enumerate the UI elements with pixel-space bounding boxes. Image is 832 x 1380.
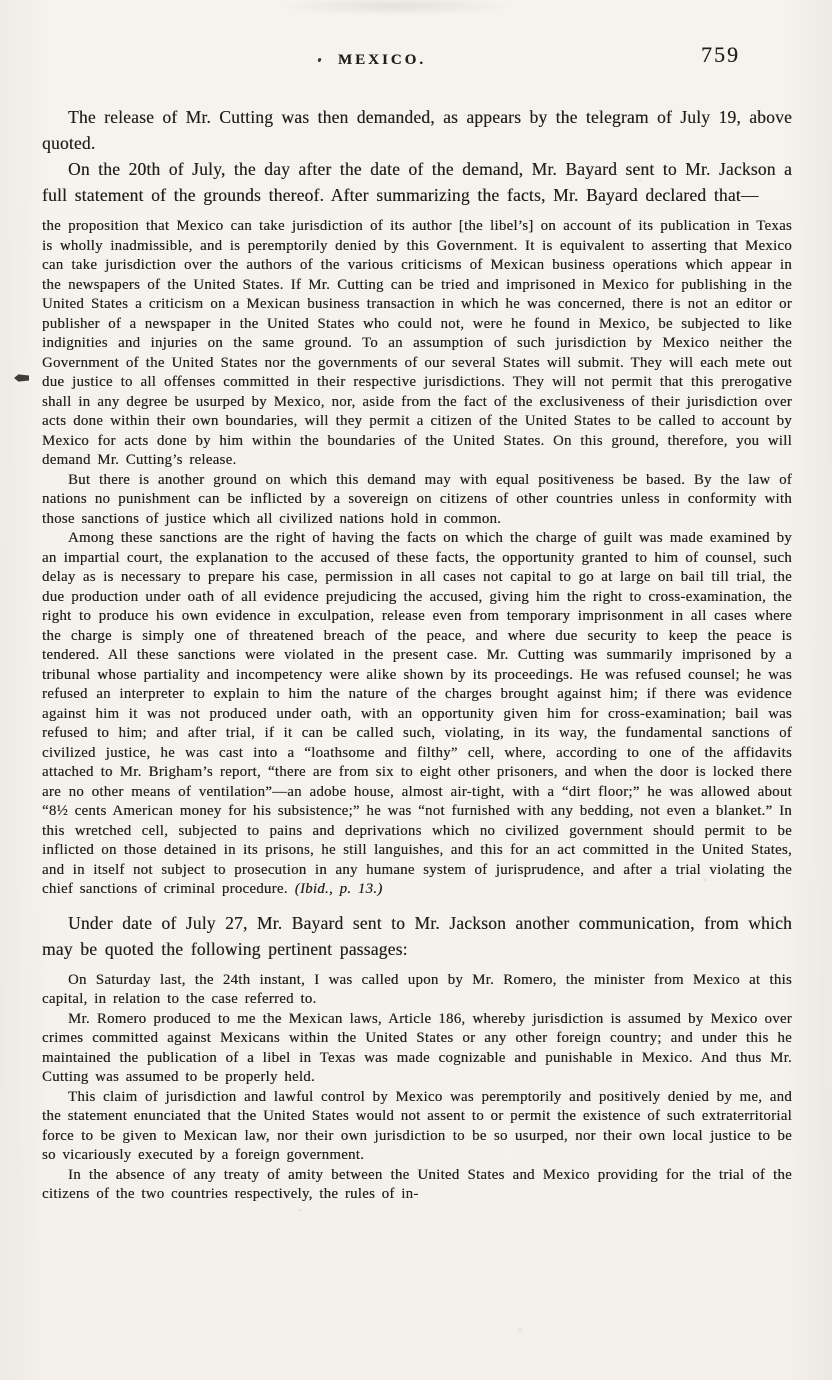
extract-paragraph-text: Among these sanctions are the right of h…	[42, 530, 792, 897]
citation: (Ibid., p. 13.)	[295, 881, 383, 897]
extract-paragraph: On Saturday last, the 24th instant, I wa…	[42, 971, 792, 1010]
running-title: MEXICO.	[42, 52, 722, 69]
extract-paragraph: the proposition that Mexico can take jur…	[42, 217, 792, 471]
extract-paragraph: But there is another ground on which thi…	[42, 471, 792, 530]
block-quote-bayard-statement: the proposition that Mexico can take jur…	[42, 217, 792, 900]
page-header: MEXICO. 759	[42, 48, 792, 74]
extract-paragraph: Mr. Romero produced to me the Mexican la…	[42, 1010, 792, 1088]
extract-paragraph: This claim of jurisdiction and lawful co…	[42, 1088, 792, 1166]
page-number: 759	[701, 42, 740, 68]
connector-paragraph: Under date of July 27, Mr. Bayard sent t…	[42, 910, 792, 962]
extract-paragraph: Among these sanctions are the right of h…	[42, 529, 792, 900]
scanned-document-page: MEXICO. 759 The release of Mr. Cutting w…	[0, 0, 832, 1380]
block-quote-bayard-communication: On Saturday last, the 24th instant, I wa…	[42, 971, 792, 1205]
page-content: MEXICO. 759 The release of Mr. Cutting w…	[42, 48, 792, 1215]
extract-paragraph: In the absence of any treaty of amity be…	[42, 1166, 792, 1205]
intro-paragraph-1: The release of Mr. Cutting was then dema…	[42, 104, 792, 156]
printer-fist-mark-icon	[14, 374, 29, 382]
intro-paragraph-2: On the 20th of July, the day after the d…	[42, 156, 792, 208]
